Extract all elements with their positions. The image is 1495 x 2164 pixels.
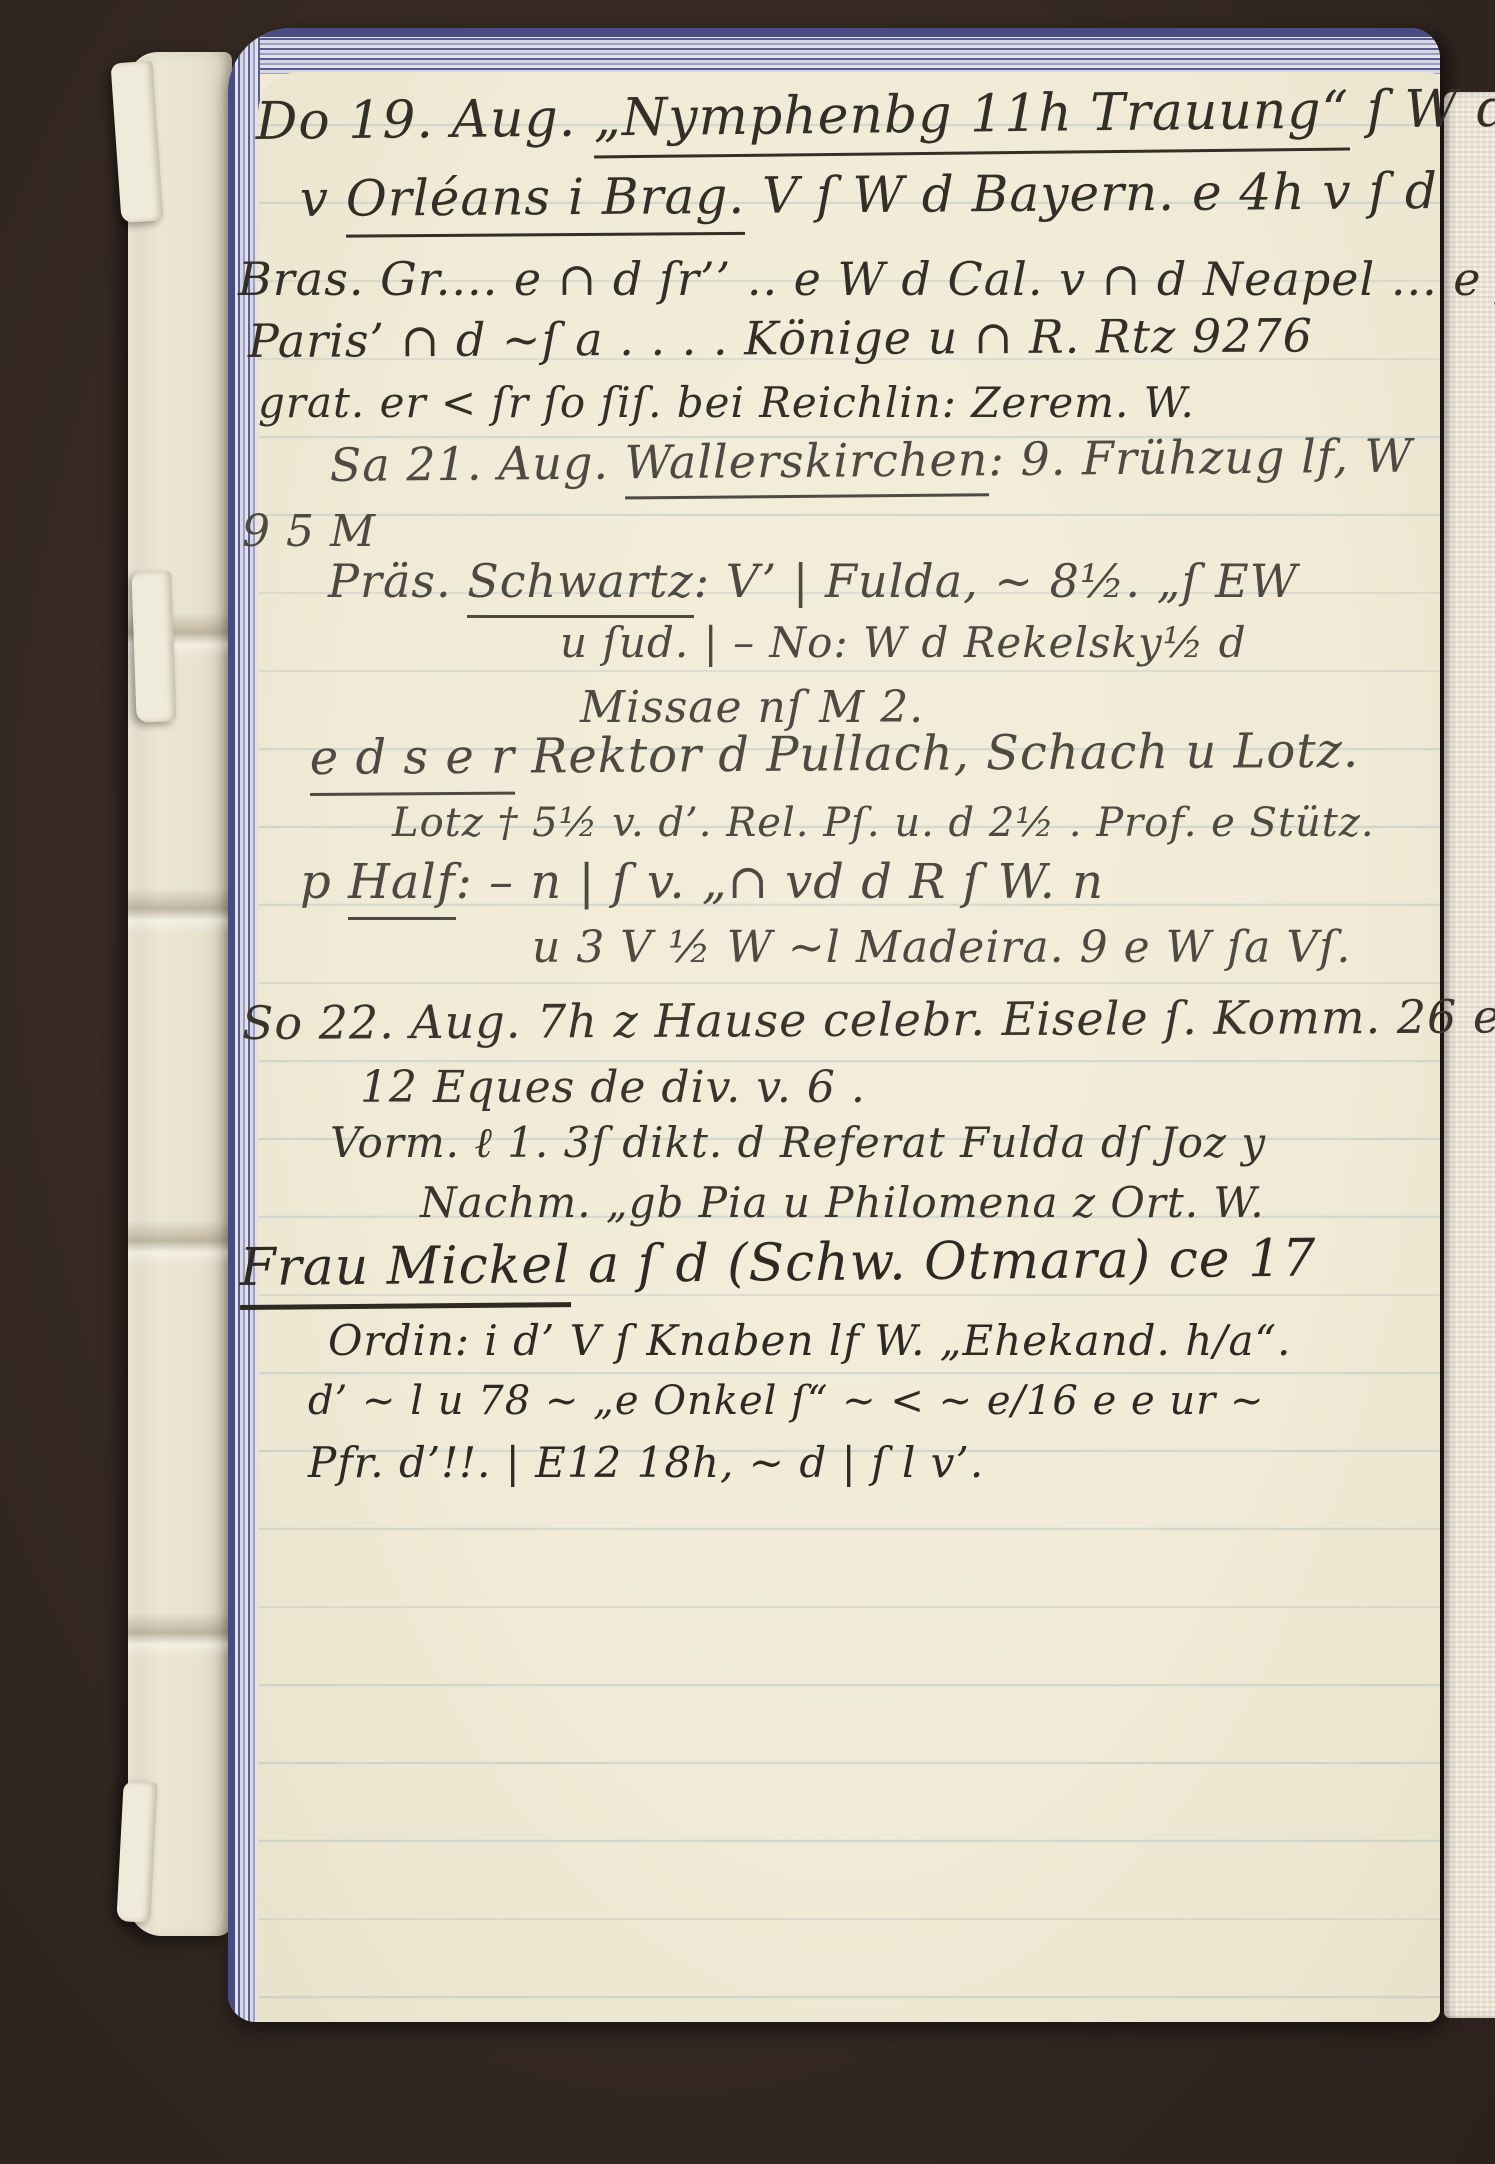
line-text-underlined: Wallerskirchen: [624, 432, 988, 499]
line-text-underlined: e d s e r: [310, 729, 516, 796]
line-text: d’ ~ l u 78 ~ „e Onkel ſ“ ~ < ~ e/16 e e…: [308, 1378, 1264, 1424]
line-text-underlined: Schwartz: [467, 554, 693, 618]
line-text: v: [300, 170, 347, 228]
line-text-underlined: „Nymphenbg 11h Trauung“: [594, 81, 1350, 159]
diary-line: grat. er < ſr ſo ſiſ. bei Reichlin: Zere…: [258, 378, 1195, 427]
line-text: 9 5 M: [242, 506, 376, 557]
blue-page-edge-top: [228, 28, 1440, 74]
diary-line: e d s e r Rektor d Pullach, Schach u Lot…: [310, 723, 1360, 786]
line-text: a ſ d (Schw. Otmara) ce 17: [570, 1229, 1316, 1296]
diary-line: u 3 V ½ W ~l Madeira. 9 e W ſa Vſ.: [532, 922, 1351, 973]
diary-line: v Orléans i Brag. V ſ W d Bayern. e 4h v…: [300, 162, 1439, 228]
line-text-underlined: Orléans i Brag.: [346, 167, 746, 238]
line-text: : – n | ſ v. „∩ vd d R ſ W. n: [456, 854, 1104, 910]
line-text: p: [300, 854, 348, 910]
line-text: Sa 21. Aug.: [330, 435, 625, 492]
diary-line: d’ ~ l u 78 ~ „e Onkel ſ“ ~ < ~ e/16 e e…: [308, 1378, 1264, 1424]
line-text: : 9. Frühzug lf, W: [988, 429, 1413, 487]
notebook-spine-edge: [128, 52, 232, 1936]
diary-line: p Half: – n | ſ v. „∩ vd d R ſ W. n: [300, 854, 1104, 910]
diary-line: Sa 21. Aug. Wallerskirchen: 9. Frühzug l…: [330, 429, 1413, 492]
line-text: Ordin: i d’ V ſ Knaben lf W. „Ehekand. h…: [328, 1316, 1291, 1365]
line-text: grat. er < ſr ſo ſiſ. bei Reichlin: Zere…: [258, 378, 1195, 427]
line-text: So 22. Aug. 7h z Hause celebr. Eisele ſ.…: [242, 989, 1495, 1050]
line-text: Vorm. ℓ 1. 3ſ dikt. d Referat Fulda dſ J…: [330, 1118, 1266, 1167]
diary-line: Bras. Gr.... e ∩ d ſr’’ .. e W d Cal. v …: [238, 252, 1495, 306]
torn-paper-tab: [131, 571, 176, 722]
diary-line: u ſud. | – No: W d Rekelsky½ d: [560, 618, 1247, 667]
diary-line: Ordin: i d’ V ſ Knaben lf W. „Ehekand. h…: [328, 1316, 1291, 1365]
diary-line: Lotz † 5½ v. d’. Rel. Pſ. u. d 2½ . Prof…: [392, 800, 1375, 846]
line-text: Rektor d Pullach, Schach u Lotz.: [515, 723, 1360, 785]
diary-line: Nachm. „gb Pia u Philomena z Ort. W.: [420, 1178, 1265, 1227]
line-text: 12 Eques de div. v. 6 .: [360, 1062, 866, 1113]
line-text-underlined: Half: [348, 854, 456, 920]
line-text: u ſud. | – No: W d Rekelsky½ d: [560, 618, 1247, 667]
line-text: ſ W d: [1349, 79, 1495, 141]
spine-crease: [128, 1220, 232, 1266]
diary-line: Pfr. d’!!. | E12 18h, ~ d | ſ l v’.: [308, 1438, 984, 1487]
diary-line: 9 5 M: [242, 506, 376, 557]
diary-line: Do 19. Aug. „Nymphenbg 11h Trauung“ ſ W …: [255, 79, 1495, 152]
torn-paper-tab: [116, 1781, 157, 1923]
spine-crease: [128, 888, 232, 934]
diary-line: Präs. Schwartz: V’ | Fulda, ~ 8½. „ſ EW: [328, 554, 1298, 608]
line-text: Pfr. d’!!. | E12 18h, ~ d | ſ l v’.: [308, 1438, 984, 1487]
line-text: V ſ W d Bayern. e 4h v ſ d: [745, 162, 1438, 225]
line-text: Nachm. „gb Pia u Philomena z Ort. W.: [420, 1178, 1265, 1227]
spine-crease: [128, 1612, 232, 1658]
diary-line: Frau Mickel a ſ d (Schw. Otmara) ce 17: [239, 1229, 1316, 1298]
line-text: Bras. Gr.... e ∩ d ſr’’ .. e W d Cal. v …: [238, 252, 1495, 306]
diary-line: Paris’ ∩ d ~ſ a . . . . Könige u ∩ R. Rt…: [248, 308, 1313, 368]
line-text: Do 19. Aug.: [255, 88, 594, 152]
line-text: Paris’ ∩ d ~ſ a . . . . Könige u ∩ R. Rt…: [248, 308, 1313, 368]
line-text: u 3 V ½ W ~l Madeira. 9 e W ſa Vſ.: [532, 922, 1351, 973]
line-text: Lotz † 5½ v. d’. Rel. Pſ. u. d 2½ . Prof…: [392, 800, 1375, 846]
line-text: Präs.: [328, 554, 467, 608]
diary-line: So 22. Aug. 7h z Hause celebr. Eisele ſ.…: [242, 989, 1495, 1050]
binding-fabric-strip: [1444, 92, 1495, 2018]
line-text: : V’ | Fulda, ~ 8½. „ſ EW: [694, 554, 1298, 608]
diary-line: Vorm. ℓ 1. 3ſ dikt. d Referat Fulda dſ J…: [330, 1118, 1266, 1168]
line-text-underlined: Frau Mickel: [239, 1235, 570, 1310]
diary-line: 12 Eques de div. v. 6 .: [360, 1062, 866, 1113]
